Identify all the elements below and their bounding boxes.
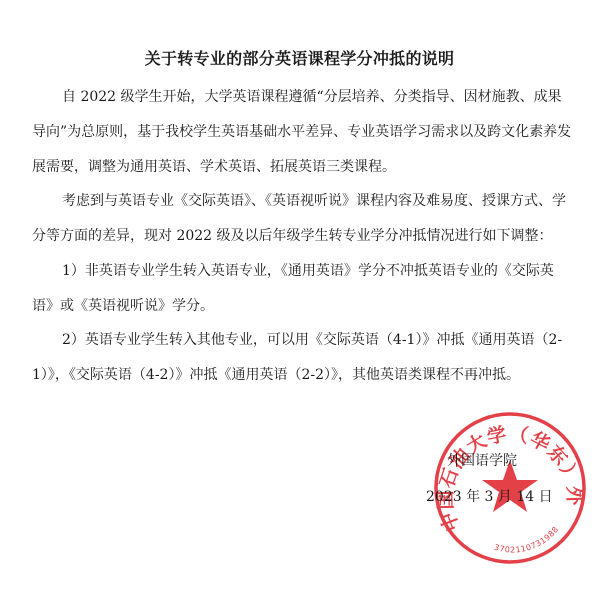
paragraph-rule-1: 1）非英语专业学生转入英语专业，《通用英语》学分不冲抵英语专业的《交际英语》或《… <box>32 254 572 324</box>
paragraph-rule-2: 2）英语专业学生转入其他专业，可以用《交际英语（4-1）》冲抵《通用英语（2-1… <box>32 323 572 393</box>
paragraph-adjustment: 考虑到与英语专业《交际英语》、《英语视听说》课程内容及难易度、授课方式、学分等方… <box>32 184 572 254</box>
document-title: 关于转专业的部分英语课程学分冲抵的说明 <box>0 46 599 69</box>
paragraph-intro: 自 2022 级学生开始，大学英语课程遵循“分层培养、分类指导、因材施教、成果导… <box>32 80 572 185</box>
signature-date: 2023 年 3 月 14 日 <box>426 486 553 506</box>
signature-organization: 外国语学院 <box>447 450 517 470</box>
